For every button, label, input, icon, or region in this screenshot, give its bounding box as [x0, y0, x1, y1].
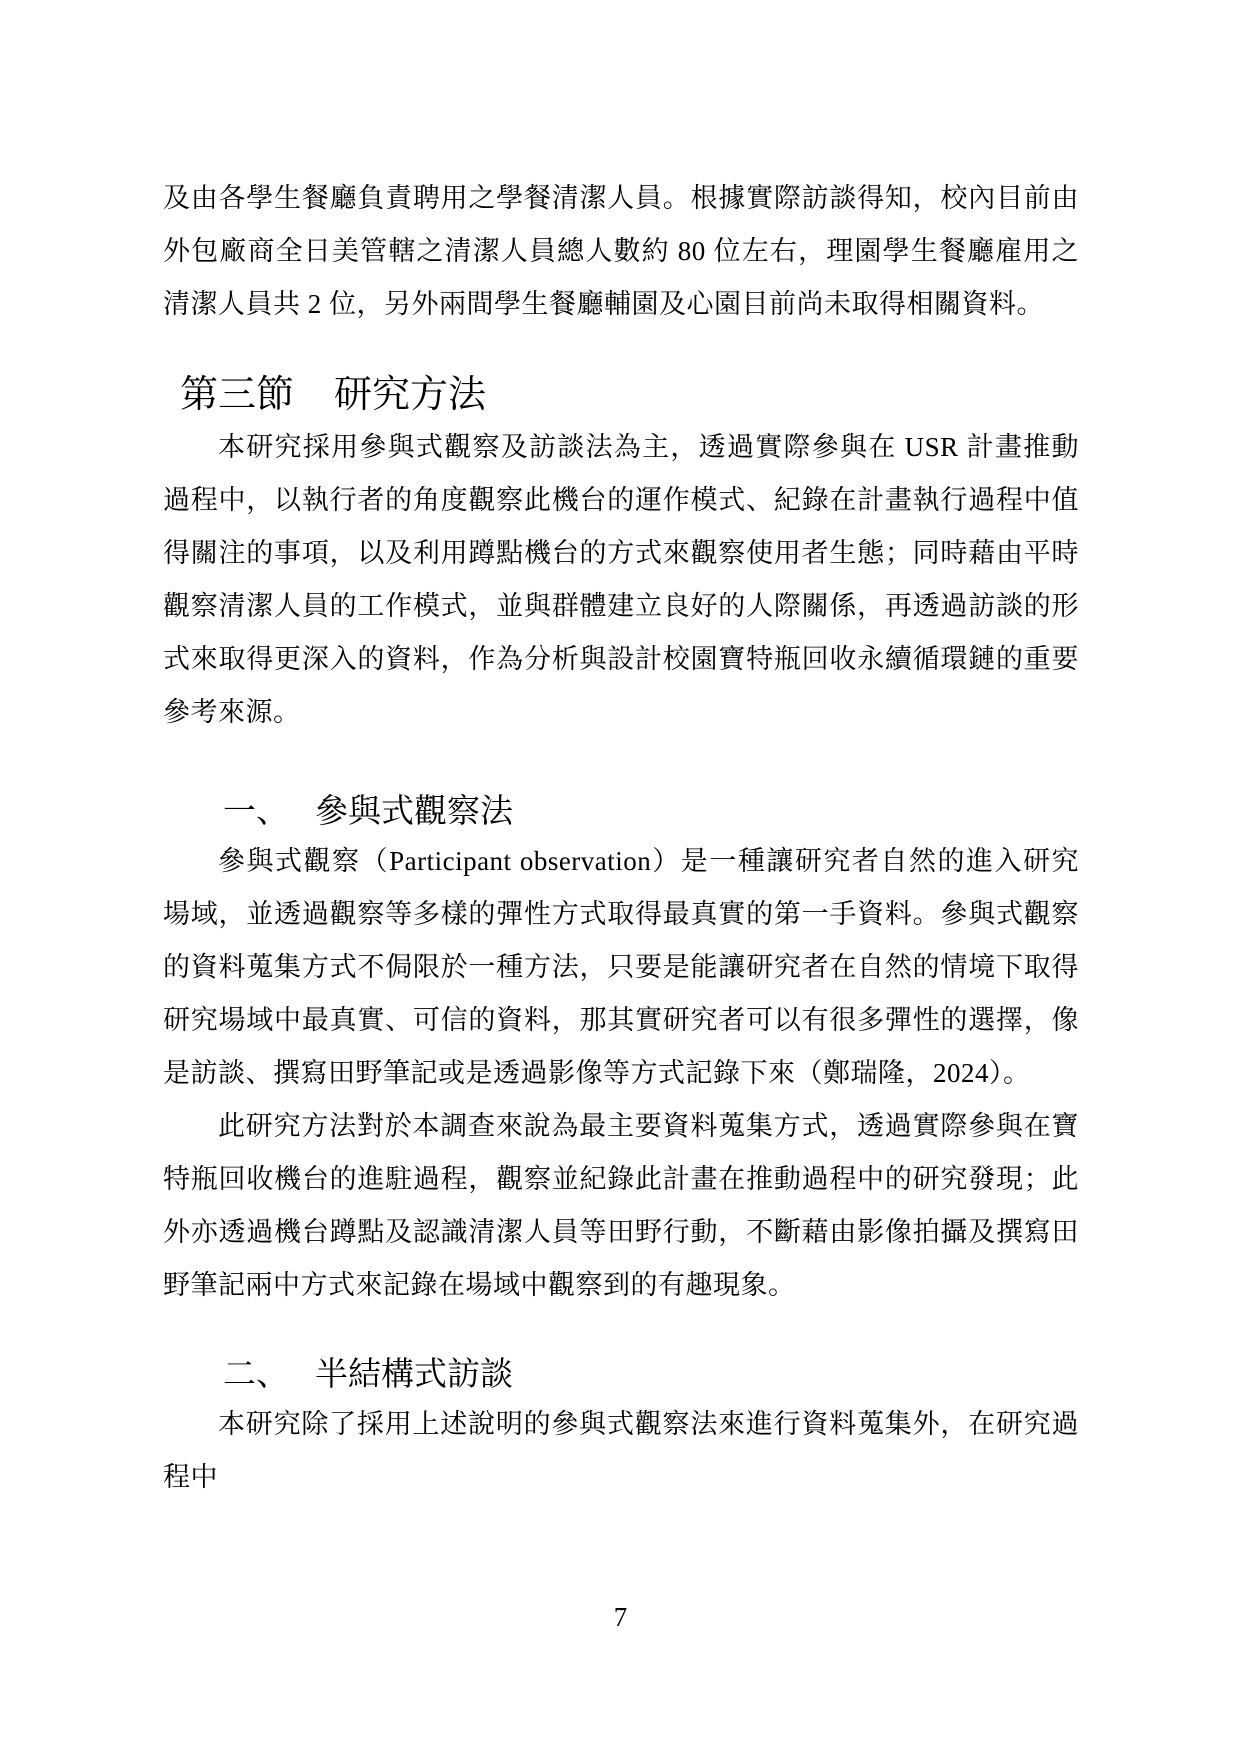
paragraph-continuation: 及由各學生餐廳負責聘用之學餐清潔人員。根據實際訪談得知，校內目前由外包廠商全日美… — [163, 172, 1079, 331]
paragraph-participant-observation-application: 此研究方法對於本調查來說為最主要資料蒐集方式，透過實際參與在寶特瓶回收機台的進駐… — [163, 1100, 1079, 1312]
section-title: 研究方法 — [334, 369, 486, 421]
paragraph-participant-observation-definition: 參與式觀察（Participant observation）是一種讓研究者自然的… — [163, 835, 1079, 1100]
section-number: 第三節 — [180, 369, 294, 421]
subsection-1-title: 參與式觀察法 — [315, 789, 513, 835]
paragraph-semi-structured-interview-intro: 本研究除了採用上述說明的參與式觀察法來進行資料蒐集外，在研究過程中 — [163, 1398, 1079, 1504]
subsection-2-number: 二、 — [223, 1352, 289, 1398]
subsection-heading-1: 一、 參與式觀察法 — [223, 789, 1079, 835]
subsection-2-title: 半結構式訪談 — [315, 1352, 513, 1398]
paragraph-methodology-intro: 本研究採用參與式觀察及訪談法為主，透過實際參與在 USR 計畫推動過程中，以執行… — [163, 421, 1079, 739]
subsection-heading-2: 二、 半結構式訪談 — [223, 1352, 1079, 1398]
document-page: 及由各學生餐廳負責聘用之學餐清潔人員。根據實際訪談得知，校內目前由外包廠商全日美… — [0, 0, 1241, 1755]
section-heading: 第三節 研究方法 — [180, 369, 1079, 421]
page-number: 7 — [0, 1602, 1241, 1632]
subsection-1-number: 一、 — [223, 789, 289, 835]
